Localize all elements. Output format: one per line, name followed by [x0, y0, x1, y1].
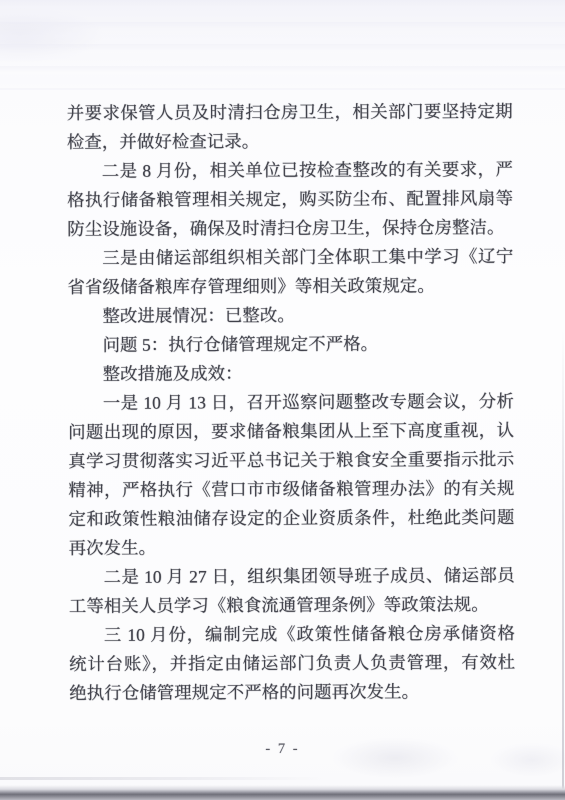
page-edge-right: [562, 330, 564, 800]
paragraph-continuation: 并要求保管人员及时清扫仓房卫生，相关部门要坚持定期检查，并做好检查记录。: [67, 97, 513, 157]
paragraph-problem-5: 问题 5：执行仓储管理规定不严格。: [68, 329, 514, 360]
page-number: - 7 -: [0, 741, 565, 758]
paragraph-measures-heading: 整改措施及成效：: [68, 358, 514, 389]
scan-streak-bottom: [0, 777, 330, 780]
scanned-document-page: 并要求保管人员及时清扫仓房卫生，相关部门要坚持定期检查，并做好检查记录。 二是 …: [0, 0, 565, 800]
paragraph-measure-2-oct27: 二是 10 月 27 日，组织集团领导班子成员、储运部员工等相关人员学习《粮食流…: [69, 561, 515, 621]
paragraph-item-3-study: 三是由储运部组织相关部门全体职工集中学习《辽宁省省级储备粮库存管理细则》等相关政…: [67, 242, 513, 302]
scan-streaks-top: [0, 0, 565, 90]
paragraph-progress-status: 整改进展情况：已整改。: [68, 300, 514, 331]
document-body-text: 并要求保管人员及时清扫仓房卫生，相关部门要坚持定期检查，并做好检查记录。 二是 …: [67, 97, 516, 708]
paragraph-measure-1-oct13: 一是 10 月 13 日，召开巡察问题整改专题会议，分析问题出现的原因，要求储备…: [68, 387, 515, 563]
paragraph-measure-3-ledger: 三 10 月份，编制完成《政策性储备粮仓房承储资格统计台账》，并指定由储运部门负…: [69, 619, 515, 708]
scan-edge-shadow: [0, 785, 565, 800]
paragraph-item-2-august: 二是 8 月份，相关单位已按检查整改的有关要求，严格执行储备粮管理相关规定，购买…: [67, 155, 513, 244]
